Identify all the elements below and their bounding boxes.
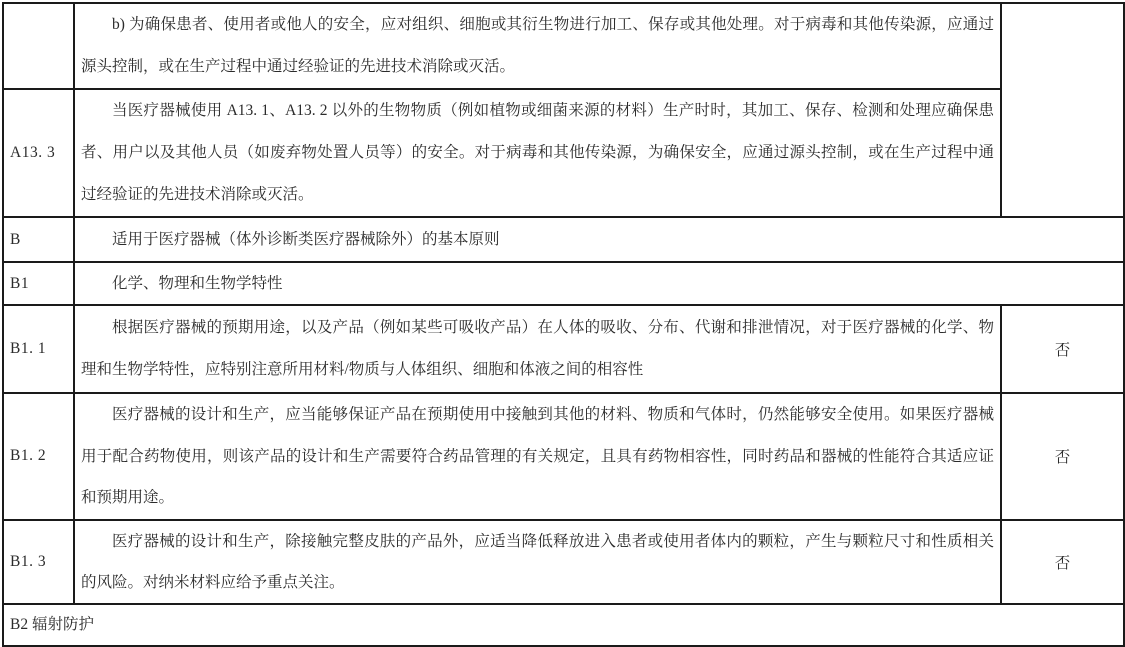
table-row-b1: B1 化学、物理和生物学特性 bbox=[3, 262, 1124, 305]
table-row-a13-3: A13. 3 当医疗器械使用 A13. 1、A13. 2 以外的生物物质（例如植… bbox=[3, 89, 1124, 217]
requirement-text-b1-1: 根据医疗器械的预期用途，以及产品（例如某些可吸收产品）在人体的吸收、分布、代谢和… bbox=[74, 305, 1001, 393]
table-row-a13-2b: b) 为确保患者、使用者或他人的安全，应对组织、细胞或其衍生物进行加工、保存或其… bbox=[3, 3, 1124, 89]
answer-cell-b1-3: 否 bbox=[1001, 520, 1124, 604]
table-row-b: B 适用于医疗器械（体外诊断类医疗器械除外）的基本原则 bbox=[3, 217, 1124, 262]
clause-code-b1: B1 bbox=[3, 262, 74, 305]
answer-cell-a13-merged bbox=[1001, 3, 1124, 217]
requirement-text-a13-2b: b) 为确保患者、使用者或他人的安全，应对组织、细胞或其衍生物进行加工、保存或其… bbox=[74, 3, 1001, 89]
document-page: b) 为确保患者、使用者或他人的安全，应对组织、细胞或其衍生物进行加工、保存或其… bbox=[2, 2, 1125, 641]
clause-code-b1-2: B1. 2 bbox=[3, 393, 74, 520]
requirement-text-a13-3: 当医疗器械使用 A13. 1、A13. 2 以外的生物物质（例如植物或细菌来源的… bbox=[74, 89, 1001, 217]
clause-code-cell-empty bbox=[3, 3, 74, 89]
requirement-text-b1-2: 医疗器械的设计和生产，应当能够保证产品在预期使用中接触到其他的材料、物质和气体时… bbox=[74, 393, 1001, 520]
table-row-b2: B2 辐射防护 bbox=[3, 604, 1124, 642]
section-title-b2: B2 辐射防护 bbox=[3, 604, 1124, 642]
clause-code-b1-1: B1. 1 bbox=[3, 305, 74, 393]
clause-code-b: B bbox=[3, 217, 74, 262]
clause-code-b1-3: B1. 3 bbox=[3, 520, 74, 604]
requirements-table: b) 为确保患者、使用者或他人的安全，应对组织、细胞或其衍生物进行加工、保存或其… bbox=[2, 2, 1125, 641]
table-row-b1-1: B1. 1 根据医疗器械的预期用途，以及产品（例如某些可吸收产品）在人体的吸收、… bbox=[3, 305, 1124, 393]
section-title-b1: 化学、物理和生物学特性 bbox=[74, 262, 1124, 305]
clause-code-a13-3: A13. 3 bbox=[3, 89, 74, 217]
table-row-b1-3: B1. 3 医疗器械的设计和生产，除接触完整皮肤的产品外，应适当降低释放进入患者… bbox=[3, 520, 1124, 604]
requirement-text-b1-3: 医疗器械的设计和生产，除接触完整皮肤的产品外，应适当降低释放进入患者或使用者体内… bbox=[74, 520, 1001, 604]
section-title-b: 适用于医疗器械（体外诊断类医疗器械除外）的基本原则 bbox=[74, 217, 1124, 262]
table-row-b1-2: B1. 2 医疗器械的设计和生产，应当能够保证产品在预期使用中接触到其他的材料、… bbox=[3, 393, 1124, 520]
answer-cell-b1-2: 否 bbox=[1001, 393, 1124, 520]
answer-cell-b1-1: 否 bbox=[1001, 305, 1124, 393]
